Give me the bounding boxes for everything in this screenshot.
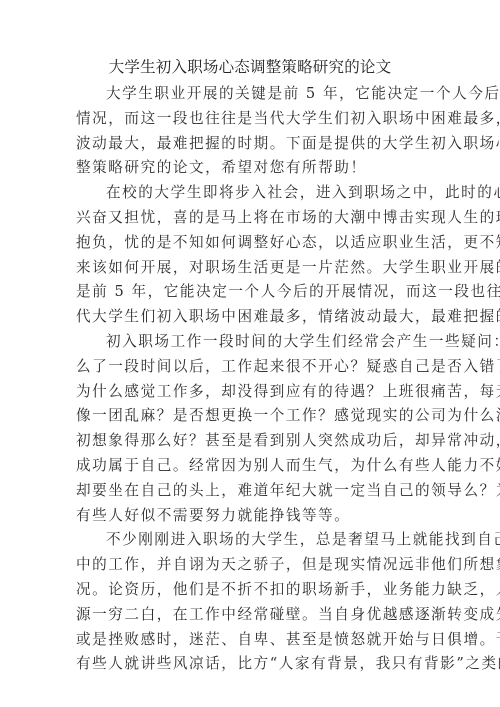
paragraph-2-line-5: 是前 5 年，它能决定一个人今后的开展情况，而这一段也往往是当: [76, 280, 421, 305]
paragraph-4-line-2: 中的工作，并自诩为天之骄子，但是现实情况远非他们所想象的情: [76, 553, 421, 578]
paragraph-3-line-5: 初想象得那么好？甚至是看到别人突然成功后，却异常冲动，梦想: [76, 429, 421, 454]
document-body: 大学生职业开展的关键是前 5 年，它能决定一个人今后的开展 情况，而这一段也往往…: [76, 82, 421, 677]
paragraph-3-line-2: 么了一段时间以后，工作起来很不开心？疑惑自己是否入错了行？: [76, 355, 421, 380]
paragraph-4-line-3: 况。论资历，他们是不折不扣的职场新手，业务能力缺乏，人脉资: [76, 578, 421, 603]
paragraph-3-line-8: 有些人好似不需要努力就能挣钱等等。: [76, 504, 421, 529]
paragraph-4-line-6: 有些人就讲些风凉话，比方“人家有背景，我只有背影”之类的言: [76, 652, 421, 677]
paragraph-1-line-3: 波动最大，最难把握的时期。下面是提供的大学生初入职场心态调: [76, 132, 421, 157]
paragraph-3-line-1: 初入职场工作一段时间的大学生们经常会产生一些疑问：为什: [76, 330, 421, 355]
paragraph-1-line-4: 整策略研究的论文，希望对您有所帮助！: [76, 156, 421, 181]
paragraph-3-line-7: 却要坐在自己的头上，难道年纪大就一定当自己的领导么？为什么: [76, 479, 421, 504]
paragraph-3-line-3: 为什么感觉工作多，却没得到应有的待遇？上班很痛苦，每天工作: [76, 380, 421, 405]
paragraph-4-line-1: 不少刚刚进入职场的大学生，总是奢望马上就能找到自己理想: [76, 528, 421, 553]
document-page: 大学生初入职场心态调整策略研究的论文 大学生职业开展的关键是前 5 年，它能决定…: [0, 0, 500, 707]
paragraph-2-line-2: 兴奋又担忧，喜的是马上将在市场的大潮中博击实现人生的理想和: [76, 206, 421, 231]
paragraph-1-line-2: 情况，而这一段也往往是当代大学生们初入职场中困难最多，情绪: [76, 107, 421, 132]
paragraph-3-line-4: 像一团乱麻？是否想更换一个工作？感觉现实的公司为什么没有当: [76, 404, 421, 429]
paragraph-2-line-1: 在校的大学生即将步入社会，进入到职场之中，此时的心情既: [76, 181, 421, 206]
paragraph-2-line-6: 代大学生们初入职场中困难最多，情绪波动最大，最难把握的时期。: [76, 305, 421, 330]
paragraph-4-line-5: 或是挫败感时，迷茫、自卑、甚至是愤怒就开始与日俱增。于是，: [76, 628, 421, 653]
paragraph-4-line-4: 源一穷二白，在工作中经常碰壁。当自身优越感逐渐转变成失落感: [76, 603, 421, 628]
paragraph-3-line-6: 成功属于自己。经常因为别人而生气，为什么有些人能力不如自己，: [76, 454, 421, 479]
paragraph-2-line-4: 来该如何开展，对职场生活更是一片茫然。大学生职业开展的关键: [76, 256, 421, 281]
paragraph-2-line-3: 抱负，忧的是不知如何调整好心态，以适应职业生活，更不知道未: [76, 231, 421, 256]
paragraph-1-line-1: 大学生职业开展的关键是前 5 年，它能决定一个人今后的开展: [76, 82, 421, 107]
document-title: 大学生初入职场心态调整策略研究的论文: [0, 56, 500, 78]
